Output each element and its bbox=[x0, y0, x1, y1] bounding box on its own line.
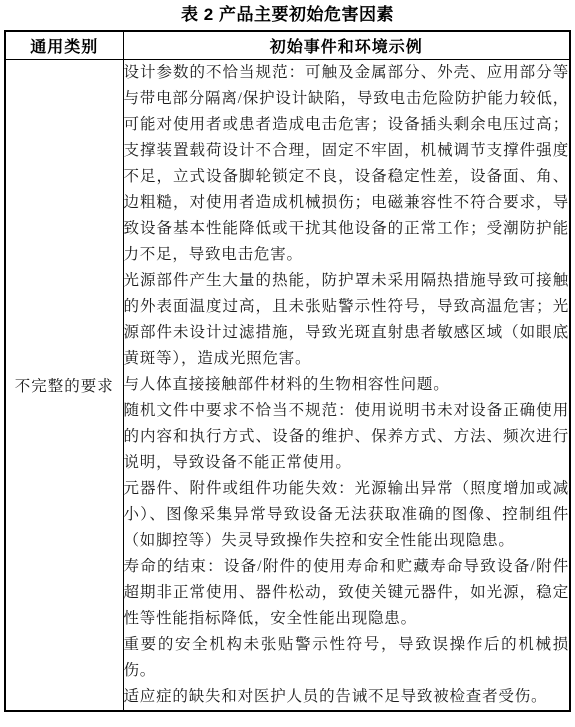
category-cell: 不完整的要求 bbox=[5, 60, 123, 712]
example-paragraph-component-failure: 元器件、附件或组件功能失效：光源输出异常（照度增加或减小）、图像采集异常导致设备… bbox=[124, 476, 570, 554]
example-paragraph-heat-light: 光源部件产生大量的热能，防护罩未采用隔热措施导致可接触的外表面温度过高，且未张贴… bbox=[124, 268, 570, 372]
examples-cell: 设计参数的不恰当规范：可触及金属部分、外壳、应用部分等与带电部分隔离/保护设计缺… bbox=[123, 60, 570, 712]
column-header-examples: 初始事件和环境示例 bbox=[123, 31, 570, 60]
document-page: 表 2 产品主要初始危害因素 通用类别 初始事件和环境示例 不完整的要求 设计参… bbox=[0, 0, 575, 727]
example-paragraph-design-spec: 设计参数的不恰当规范：可触及金属部分、外壳、应用部分等与带电部分隔离/保护设计缺… bbox=[124, 60, 570, 268]
hazard-factors-table: 通用类别 初始事件和环境示例 不完整的要求 设计参数的不恰当规范：可触及金属部分… bbox=[4, 30, 571, 712]
column-header-category: 通用类别 bbox=[5, 31, 123, 60]
example-paragraph-warning-labels: 重要的安全机构未张贴警示性符号，导致误操作后的机械损伤。 bbox=[124, 632, 570, 684]
header-row: 通用类别 初始事件和环境示例 bbox=[5, 31, 570, 60]
example-paragraph-biocompatibility: 与人体直接接触部件材料的生物相容性问题。 bbox=[124, 372, 570, 398]
example-paragraph-indications: 适应症的缺失和对医护人员的告诫不足导致被检查者受伤。 bbox=[124, 684, 570, 710]
table-row: 不完整的要求 设计参数的不恰当规范：可触及金属部分、外壳、应用部分等与带电部分隔… bbox=[5, 60, 570, 712]
table-caption: 表 2 产品主要初始危害因素 bbox=[0, 3, 575, 27]
example-paragraph-end-of-life: 寿命的结束：设备/附件的使用寿命和贮藏寿命导致设备/附件超期非正常使用、器件松动… bbox=[124, 554, 570, 632]
example-paragraph-accompanying-docs: 随机文件中要求不恰当不规范：使用说明书未对设备正确使用的内容和执行方式、设备的维… bbox=[124, 398, 570, 476]
